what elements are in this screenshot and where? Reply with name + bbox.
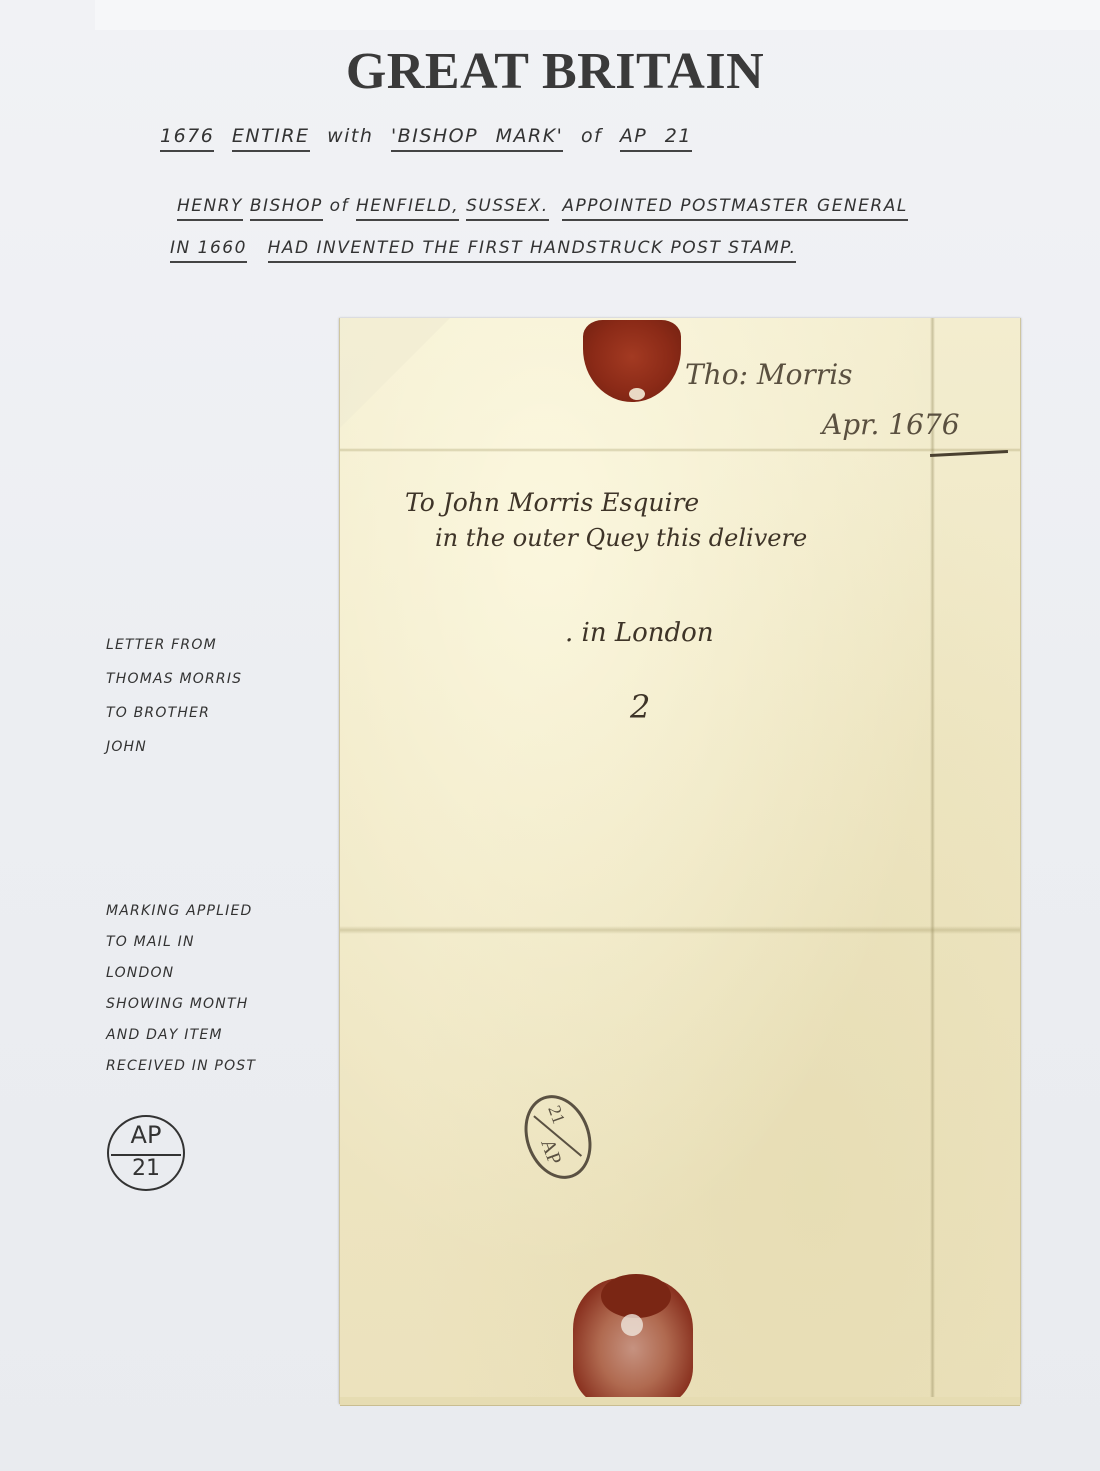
corner-fold [340,318,450,428]
heading-of: of [581,125,602,147]
docket-sender: Tho: Morris [685,358,853,391]
wax-seal-top [583,320,681,402]
rate-marking: 2 [630,688,650,726]
wax-seal-bottom [573,1278,693,1406]
page-title: GREAT BRITAIN [0,42,1100,101]
fold-line [340,926,1020,934]
bishop-mark-postmark: AP 21 [513,1086,603,1189]
desc-word: HENRY [177,196,243,221]
heading-year: 1676 [160,125,214,152]
address-line-1: To John Morris Esquire [405,488,699,517]
description-line-1: HENRY BISHOP of HENFIELD, SUSSEX. APPOIN… [177,196,908,216]
bishop-mark-drawing: AP 21 [107,1115,185,1191]
desc-word: APPOINTED POSTMASTER GENERAL [562,196,907,221]
desc-word: of [330,196,349,216]
side-note-marking: MARKING APPLIED To MAIL IN LONDON SHOWIN… [106,896,256,1082]
desc-word: IN 1660 [170,238,247,263]
note-line: LONDON [106,958,256,989]
fold-line [340,448,1020,452]
note-line: LETTER from [106,628,242,662]
heading-line: 1676 ENTIRE with 'BISHOP MARK' of AP 21 [160,125,692,147]
description-line-2: IN 1660 HAD INVENTED THE FIRST HANDSTRUC… [170,238,796,258]
docket-date: Apr. 1676 [822,408,960,441]
mark-day: 21 [109,1157,183,1181]
heading-mark: 'BISHOP MARK' [391,125,563,152]
note-line: JOHN [106,730,242,764]
note-line: MARKING APPLIED [106,896,256,927]
note-line: To BROTHER [106,696,242,730]
entire-letter: Tho: Morris Apr. 1676 To John Morris Esq… [339,318,1021,1404]
note-line: RECEIVED IN POST [106,1051,256,1082]
note-line: SHOWING MONTH [106,989,256,1020]
note-line: AND DAY ITEM [106,1020,256,1051]
heading-entire: ENTIRE [232,125,310,152]
mark-month: AP [109,1123,183,1147]
side-note-letter-from: LETTER from THOMAS MORRIS To BROTHER JOH… [106,628,242,764]
fold-line [930,318,935,1404]
address-line-2: in the outer Quey this delivere [435,524,807,552]
address-line-3: . in London [565,618,714,648]
scanner-top-strip [95,0,1100,30]
note-line: To MAIL IN [106,927,256,958]
desc-word: SUSSEX. [466,196,549,221]
postmark-day: 21 [543,1103,569,1127]
heading-with: with [327,125,373,147]
desc-word: HENFIELD, [356,196,459,221]
note-line: THOMAS MORRIS [106,662,242,696]
desc-word: HAD INVENTED THE FIRST HANDSTRUCK POST S… [268,238,797,263]
heading-code: AP 21 [620,125,692,152]
desc-word: BISHOP [250,196,323,221]
letter-bottom-edge [340,1397,1020,1406]
